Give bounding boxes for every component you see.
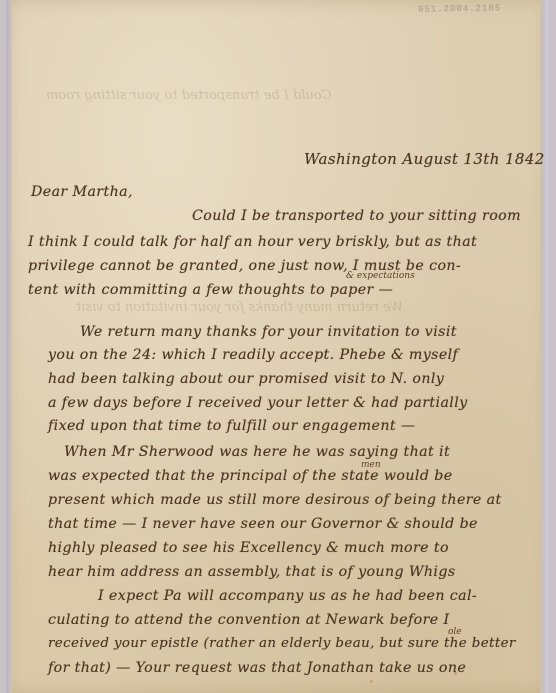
letter-line: I think I could talk for half an hour ve…	[28, 234, 477, 250]
letter-line: a few days before I received your letter…	[48, 395, 468, 411]
letter-line: present which made us still more desirou…	[48, 492, 502, 508]
letter-line: that time — I never have seen our Govern…	[48, 516, 478, 532]
letter-line: Could I be transported to your sitting r…	[192, 208, 521, 224]
ink-spot	[454, 672, 457, 675]
catalog-stamp: 951.2004.2105	[418, 3, 501, 14]
letter-line: for that) — Your request was that Jonath…	[48, 660, 466, 676]
letter-line: highly pleased to see his Excellency & m…	[48, 540, 449, 556]
page-right-edge	[540, 0, 548, 693]
letter-line: I expect Pa will accompany us as he had …	[98, 588, 477, 604]
letter-line: culating to attend the convention at New…	[48, 612, 449, 628]
interlinear-insert: & expectations	[346, 271, 415, 281]
page-left-edge	[6, 0, 12, 693]
letter-line: you on the 24: which I readily accept. P…	[48, 347, 458, 363]
letter-line: had been talking about our promised visi…	[48, 371, 444, 387]
letter-page: 951.2004.2105 Could I be transported to …	[6, 0, 548, 693]
salutation: Dear Martha,	[31, 184, 133, 200]
letter-line: tent with committing a few thoughts to p…	[28, 282, 393, 298]
letter-line: fixed upon that time to fulfill our enga…	[48, 418, 415, 434]
letter-line: hear him address an assembly, that is of…	[48, 564, 456, 580]
letter-line: received your epistle (rather an elderly…	[48, 636, 516, 651]
bleed-through-text: We return many thanks for your invitatio…	[76, 300, 403, 315]
letter-line: was expected that the principal of the s…	[48, 468, 453, 484]
dateline: Washington August 13th 1842	[304, 150, 545, 168]
ink-spot	[370, 680, 373, 683]
bleed-through-text: Could I be transported to your sitting r…	[46, 88, 332, 103]
letter-line: When Mr Sherwood was here he was saying …	[64, 444, 450, 460]
letter-line: We return many thanks for your invitatio…	[80, 324, 457, 340]
